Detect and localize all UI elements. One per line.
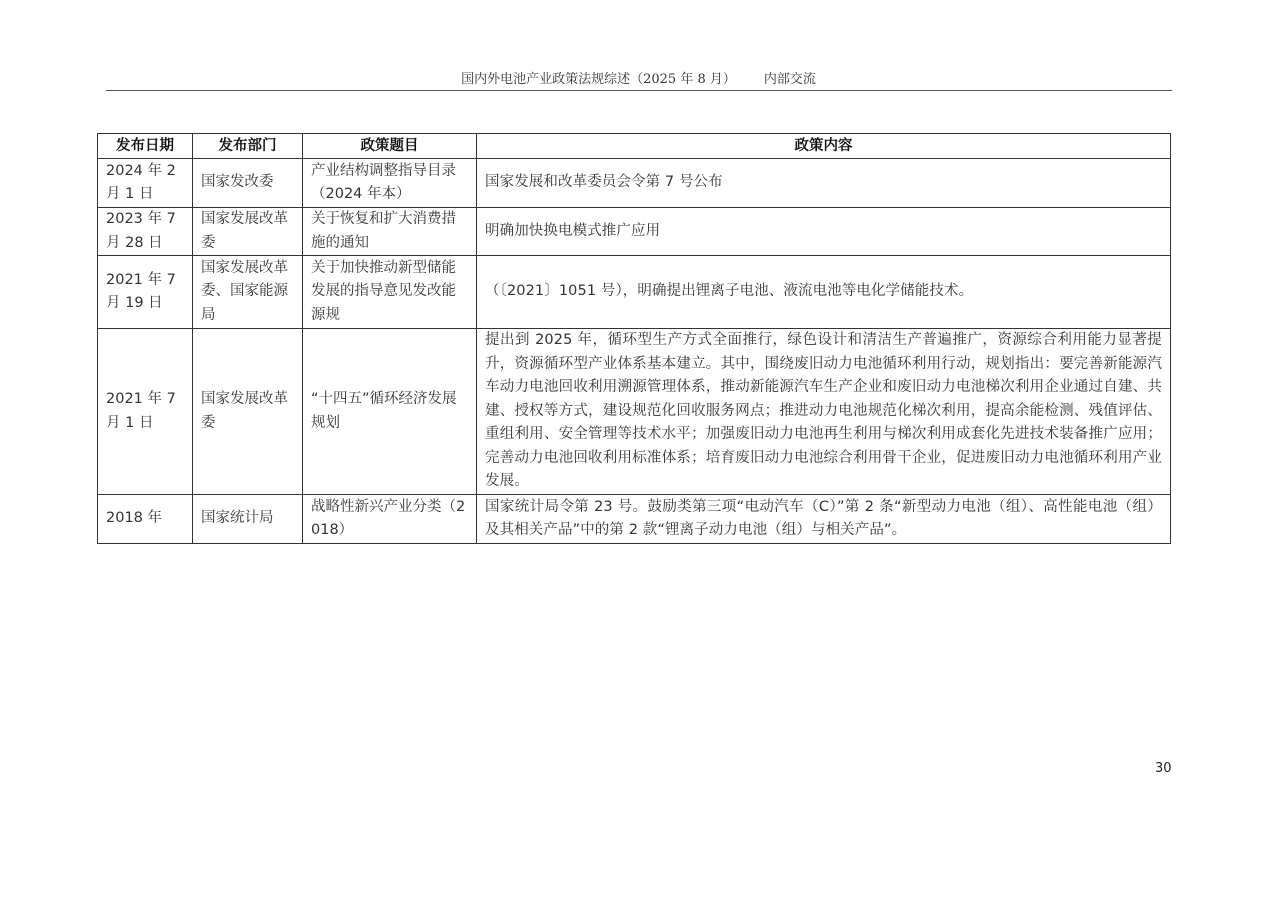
document-title: 国内外电池产业政策法规综述（2025 年 8 月）	[461, 72, 736, 87]
running-header: 国内外电池产业政策法规综述（2025 年 8 月）内部交流	[0, 68, 1277, 87]
cell-policy-title: 关于恢复和扩大消费措施的通知	[303, 208, 477, 256]
cell-policy-title: 战略性新兴产业分类（2018）	[303, 495, 477, 544]
column-header-policy-content: 政策内容	[477, 134, 1171, 159]
table-row: 2018 年 国家统计局 战略性新兴产业分类（2018） 国家统计局令第 23 …	[98, 495, 1171, 544]
cell-department: 国家发改委	[193, 159, 303, 208]
header-divider	[106, 90, 1172, 91]
cell-department: 国家统计局	[193, 495, 303, 544]
cell-policy-content: （〔2021〕1051 号），明确提出锂离子电池、液流电池等电化学储能技术。	[477, 256, 1171, 329]
column-header-department: 发布部门	[193, 134, 303, 159]
policy-table: 发布日期 发布部门 政策题目 政策内容 2024 年 2 月 1 日 国家发改委…	[97, 133, 1171, 544]
cell-policy-title: 产业结构调整指导目录（2024 年本）	[303, 159, 477, 208]
cell-policy-content: 提出到 2025 年，循环型生产方式全面推行，绿色设计和清洁生产普遍推广，资源综…	[477, 329, 1171, 495]
cell-department: 国家发展改革委	[193, 208, 303, 256]
cell-policy-content: 明确加快换电模式推广应用	[477, 208, 1171, 256]
cell-policy-title: “十四五”循环经济发展规划	[303, 329, 477, 495]
cell-date: 2021 年 7 月 1 日	[98, 329, 193, 495]
cell-policy-content: 国家统计局令第 23 号。鼓励类第三项“电动汽车（C）”第 2 条“新型动力电池…	[477, 495, 1171, 544]
cell-department: 国家发展改革委	[193, 329, 303, 495]
table-header-row: 发布日期 发布部门 政策题目 政策内容	[98, 134, 1171, 159]
column-header-date: 发布日期	[98, 134, 193, 159]
table-row: 2023 年 7 月 28 日 国家发展改革委 关于恢复和扩大消费措施的通知 明…	[98, 208, 1171, 256]
cell-policy-title: 关于加快推动新型储能发展的指导意见发改能源规	[303, 256, 477, 329]
distribution-label: 内部交流	[764, 72, 816, 87]
table-row: 2021 年 7 月 1 日 国家发展改革委 “十四五”循环经济发展规划 提出到…	[98, 329, 1171, 495]
table-row: 2021 年 7 月 19 日 国家发展改革委、国家能源局 关于加快推动新型储能…	[98, 256, 1171, 329]
table-row: 2024 年 2 月 1 日 国家发改委 产业结构调整指导目录（2024 年本）…	[98, 159, 1171, 208]
cell-department: 国家发展改革委、国家能源局	[193, 256, 303, 329]
cell-date: 2018 年	[98, 495, 193, 544]
cell-date: 2024 年 2 月 1 日	[98, 159, 193, 208]
cell-policy-content: 国家发展和改革委员会令第 7 号公布	[477, 159, 1171, 208]
cell-date: 2023 年 7 月 28 日	[98, 208, 193, 256]
cell-date: 2021 年 7 月 19 日	[98, 256, 193, 329]
page-number: 30	[1155, 761, 1172, 776]
column-header-policy-title: 政策题目	[303, 134, 477, 159]
